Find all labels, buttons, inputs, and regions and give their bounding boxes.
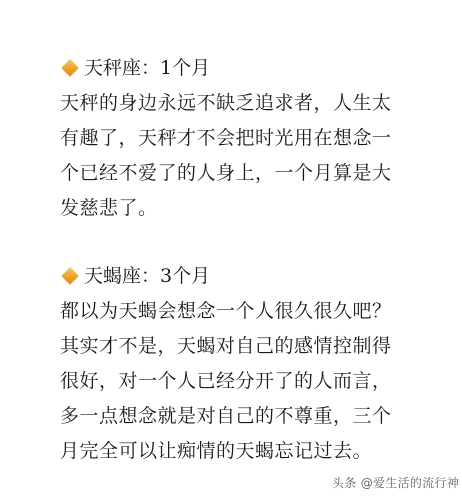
- scorpio-paragraph: 都以为天蝎会想念一个人很久很久吧？ 其实才不是，天蝎对自己的感情控制得 很好，对…: [60, 294, 410, 469]
- watermark: 头条 @爱生活的流行神: [332, 474, 459, 491]
- diamond-bullet-icon: [62, 60, 79, 77]
- libra-heading-text: 天秤座：1个月: [84, 56, 210, 80]
- paragraph-line: 其实才不是，天蝎对自己的感情控制得: [60, 329, 410, 364]
- scorpio-heading-text: 天蝎座：3个月: [84, 264, 210, 288]
- libra-paragraph: 天秤的身边永远不缺乏追求者，人生太 有趣了，天秤才不会把时光用在想念一 个已经不…: [60, 86, 410, 226]
- libra-section: 天秤座：1个月 天秤的身边永远不缺乏追求者，人生太 有趣了，天秤才不会把时光用在…: [60, 56, 410, 226]
- paragraph-line: 很好，对一个人已经分开了的人而言，: [60, 364, 410, 399]
- diamond-bullet-icon: [62, 268, 79, 285]
- paragraph-line: 有趣了，天秤才不会把时光用在想念一: [60, 121, 410, 156]
- libra-heading: 天秤座：1个月: [60, 56, 410, 80]
- paragraph-line: 个已经不爱了的人身上，一个月算是大: [60, 156, 410, 191]
- paragraph-line: 发慈悲了。: [60, 191, 410, 226]
- scorpio-section: 天蝎座：3个月 都以为天蝎会想念一个人很久很久吧？ 其实才不是，天蝎对自己的感情…: [60, 264, 410, 469]
- paragraph-line: 多一点想念就是对自己的不尊重，三个: [60, 399, 410, 434]
- paragraph-line: 月完全可以让痴情的天蝎忘记过去。: [60, 434, 410, 469]
- scorpio-heading: 天蝎座：3个月: [60, 264, 410, 288]
- paragraph-line: 都以为天蝎会想念一个人很久很久吧？: [60, 294, 410, 329]
- paragraph-line: 天秤的身边永远不缺乏追求者，人生太: [60, 86, 410, 121]
